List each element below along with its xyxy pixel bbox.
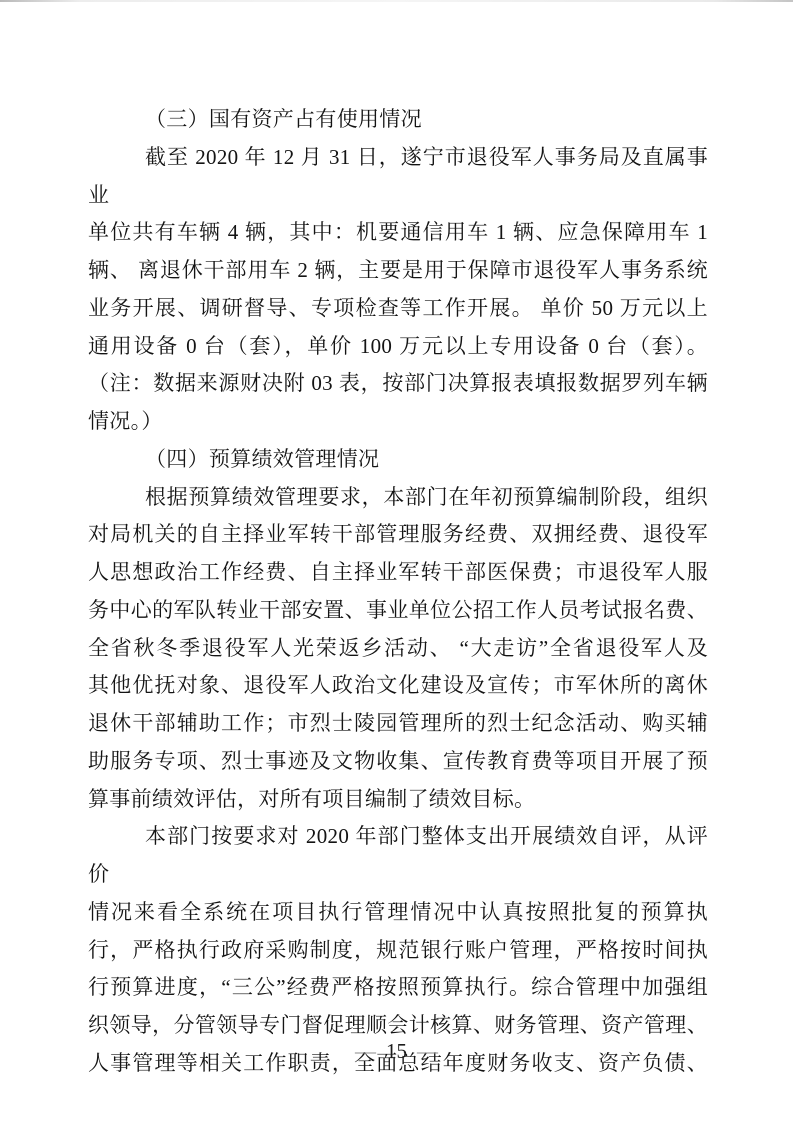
paragraph-line: （注：数据来源财决附 03 表，按部门决算报表填报数据罗列车辆	[88, 365, 708, 403]
page-footer: —15—	[0, 1037, 793, 1065]
paragraph-line: 截至 2020 年 12 月 31 日，遂宁市退役军人事务局及直属事业	[88, 139, 708, 215]
document-page: { "doc": { "lines": [ "（三）国有资产占有使用情况", "…	[0, 0, 793, 1122]
paragraph-line: 情况。）	[88, 403, 708, 441]
page-number: 15	[386, 1039, 407, 1063]
paragraph-line: 人思想政治工作经费、自主择业军转干部医保费；市退役军人服	[88, 554, 708, 592]
scan-edge-artifact	[0, 0, 793, 2]
paragraph-line: 行预算进度，“三公”经费严格按照预算执行。综合管理中加强组	[88, 969, 708, 1007]
heading-section-4: （四）预算绩效管理情况	[88, 441, 708, 479]
paragraph-line: 本部门按要求对 2020 年部门整体支出开展绩效自评，从评价	[88, 818, 708, 894]
paragraph-line: 业务开展、调研督导、专项检查等工作开展。 单价 50 万元以上	[88, 290, 708, 328]
paragraph-line: 助服务专项、烈士事迹及文物收集、宣传教育费等项目开展了预	[88, 743, 708, 781]
paragraph-line: 退休干部辅助工作；市烈士陵园管理所的烈士纪念活动、购买辅	[88, 705, 708, 743]
paragraph-line: 全省秋冬季退役军人光荣返乡活动、 “大走访”全省退役军人及	[88, 630, 708, 668]
footer-dash-right: —	[407, 1039, 448, 1063]
paragraph-line: 算事前绩效评估，对所有项目编制了绩效目标。	[88, 781, 708, 819]
footer-dash-left: —	[345, 1039, 386, 1063]
paragraph-line: 通用设备 0 台（套），单价 100 万元以上专用设备 0 台（套）。	[88, 328, 708, 366]
paragraph-line: 单位共有车辆 4 辆，其中：机要通信用车 1 辆、应急保障用车 1	[88, 214, 708, 252]
document-text-block: （三）国有资产占有使用情况 截至 2020 年 12 月 31 日，遂宁市退役军…	[88, 101, 708, 1083]
paragraph-line: 其他优抚对象、退役军人政治文化建设及宣传；市军休所的离休	[88, 667, 708, 705]
heading-section-3: （三）国有资产占有使用情况	[88, 101, 708, 139]
paragraph-line: 行，严格执行政府采购制度，规范银行账户管理，严格按时间执	[88, 932, 708, 970]
paragraph-line: 对局机关的自主择业军转干部管理服务经费、双拥经费、退役军	[88, 516, 708, 554]
paragraph-line: 辆、 离退休干部用车 2 辆，主要是用于保障市退役军人事务系统	[88, 252, 708, 290]
paragraph-line: 根据预算绩效管理要求，本部门在年初预算编制阶段，组织	[88, 479, 708, 517]
paragraph-line: 务中心的军队转业干部安置、事业单位公招工作人员考试报名费、	[88, 592, 708, 630]
paragraph-line: 情况来看全系统在项目执行管理情况中认真按照批复的预算执	[88, 894, 708, 932]
